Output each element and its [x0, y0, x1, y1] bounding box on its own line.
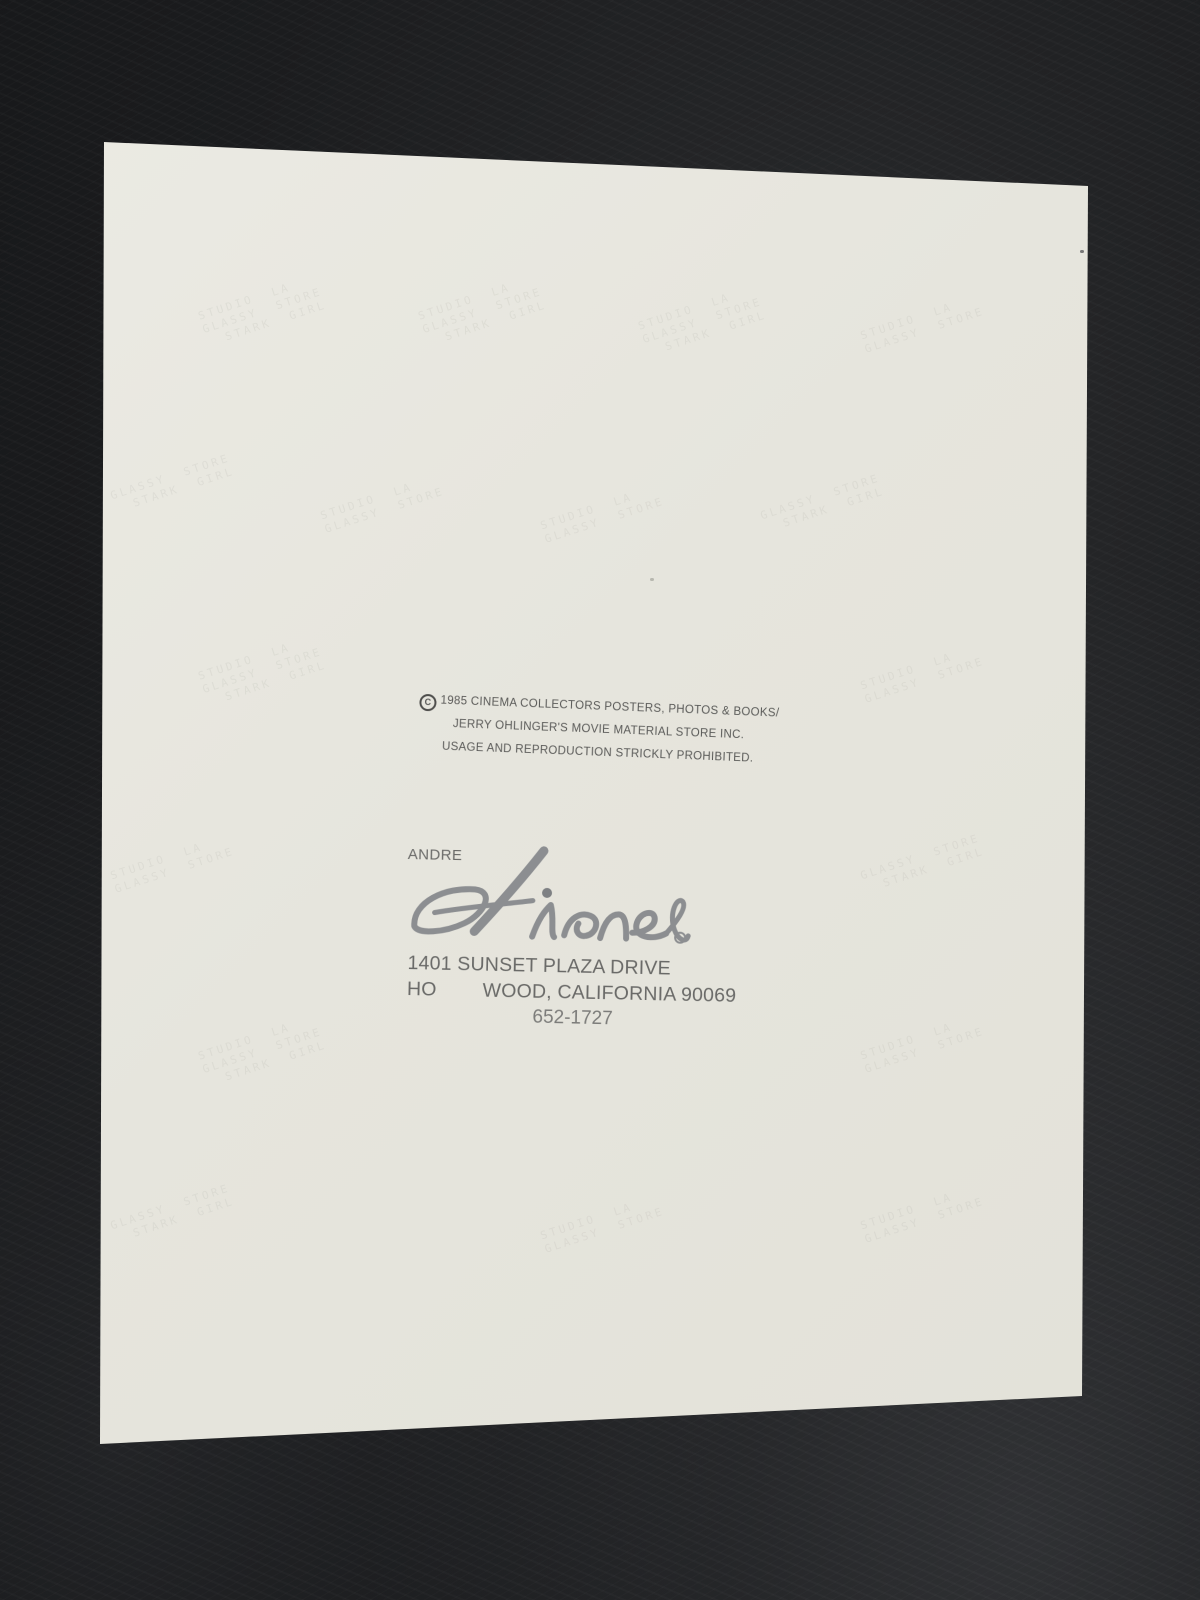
ghost-imprint: STUDIO LA GLASSY STORE [109, 831, 237, 896]
paper-speck [650, 578, 654, 581]
ghost-imprint: STUDIO LA GLASSY STORE STARK GIRL [197, 272, 329, 351]
ghost-imprint: STUDIO LA GLASSY STORE STARK GIRL [197, 1012, 329, 1091]
ghost-imprint: STUDIO LA GLASSY STORE [859, 291, 987, 356]
ghost-imprint: GLASSY STORE STARK GIRL [109, 451, 237, 516]
ghost-imprint: STUDIO LA GLASSY STORE [859, 1181, 987, 1246]
ghost-imprint: STUDIO LA GLASSY STORE STARK GIRL [417, 272, 549, 351]
ghost-imprint: STUDIO LA GLASSY STORE [319, 471, 447, 536]
ghost-imprint: STUDIO LA GLASSY STORE STARK GIRL [197, 632, 329, 711]
ghost-imprint: GLASSY STORE STARK GIRL [109, 1181, 237, 1246]
signature-logo-icon [404, 842, 696, 948]
ghost-imprint: STUDIO LA GLASSY STORE STARK GIRL [637, 282, 769, 361]
photo-back-paper: STUDIO LA GLASSY STORE STARK GIRL STUDIO… [0, 0, 1200, 1600]
ghost-imprint: STUDIO LA GLASSY STORE [859, 1011, 987, 1076]
edge-mark [1080, 250, 1084, 253]
ghost-imprint: GLASSY STORE STARK GIRL [759, 471, 887, 536]
ghost-imprint: STUDIO LA GLASSY STORE [539, 481, 667, 546]
phone-number: 652-1727 [532, 1007, 613, 1031]
ghost-imprint: STUDIO LA GLASSY STORE [539, 1191, 667, 1256]
ghost-imprint: GLASSY STORE STARK GIRL [859, 831, 987, 896]
copyright-icon: c [419, 694, 437, 712]
ghost-imprint: STUDIO LA GLASSY STORE [859, 641, 987, 706]
